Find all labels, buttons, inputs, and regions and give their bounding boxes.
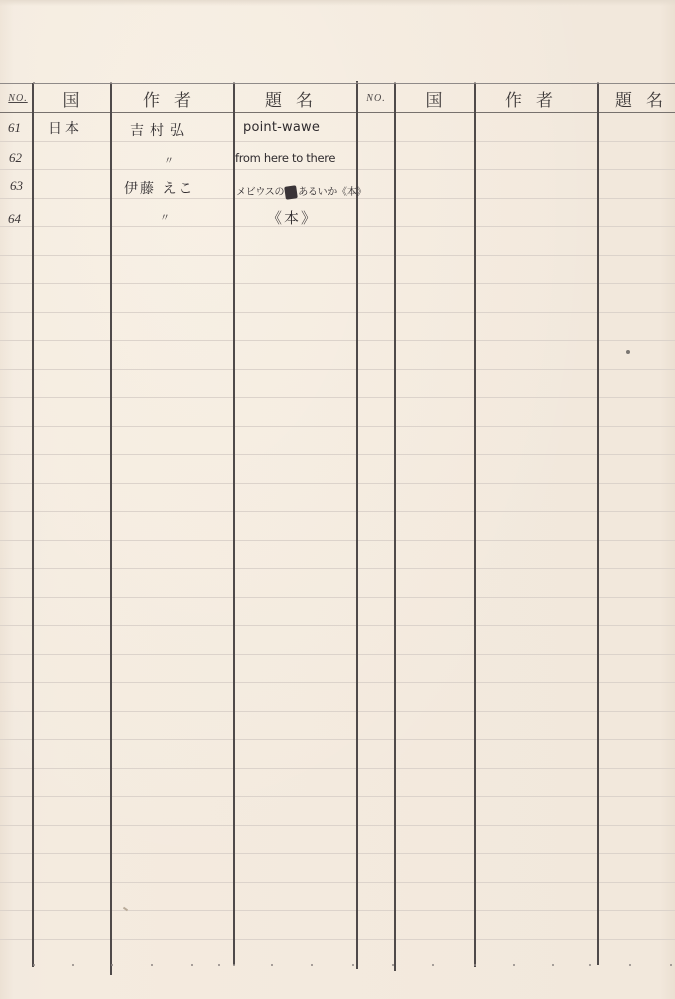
column-divider-title [356, 81, 358, 969]
registration-dot [110, 82, 112, 84]
registration-dot [218, 964, 220, 966]
entry-title: point-wawe [243, 120, 320, 135]
ruled-line [0, 568, 675, 569]
ruled-line [0, 312, 675, 313]
header-top-rule [0, 83, 675, 84]
column-divider-author-right [597, 83, 599, 965]
ruled-line [0, 597, 675, 598]
paper-top-shadow [0, 0, 675, 6]
registration-dot [72, 964, 74, 966]
entry-no: 64 [8, 211, 21, 227]
ruled-line [0, 169, 675, 170]
entry-title-suffix: あるいか《本》 [298, 187, 366, 198]
registration-dot [271, 964, 273, 966]
entry-author: 〃 [164, 152, 174, 167]
column-divider-author [233, 83, 235, 965]
entry-title: from here to there [235, 151, 335, 165]
ruled-line [0, 540, 675, 541]
header-author-right: 作者 [486, 86, 586, 110]
header-title: 題名 [246, 86, 346, 110]
header-no-right: NO. [358, 86, 394, 110]
ruled-line [0, 454, 675, 455]
registration-dot [552, 964, 554, 966]
registration-dot [191, 964, 193, 966]
column-divider-no-right [394, 83, 396, 971]
ruled-line [0, 768, 675, 769]
ruled-line [0, 910, 675, 911]
crossed-out-mark [284, 185, 298, 200]
ruled-line [0, 682, 675, 683]
ruled-line [0, 141, 675, 142]
ruled-line [0, 739, 675, 740]
registration-dot [597, 82, 599, 84]
header-title-right: 題名 [615, 86, 675, 110]
entry-no: 61 [8, 120, 21, 136]
ruled-line [0, 255, 675, 256]
registration-dot [474, 964, 476, 966]
header-country-right: 国 [394, 86, 474, 110]
ruled-line [0, 825, 675, 826]
ruled-line [0, 711, 675, 712]
registration-dot [670, 964, 672, 966]
registration-dot [233, 964, 235, 966]
registration-dot [629, 964, 631, 966]
registration-dot [589, 964, 591, 966]
registration-dot [111, 964, 113, 966]
ruled-line [0, 654, 675, 655]
header-no: NO. [4, 86, 32, 110]
registration-dot [513, 964, 515, 966]
ruled-line [0, 226, 675, 227]
ruled-line [0, 369, 675, 370]
registration-dot [394, 82, 396, 84]
paper-speck [626, 350, 630, 354]
header-country: 国 [32, 86, 110, 110]
registration-dot [151, 964, 153, 966]
entry-title-prefix: メビウスの [236, 187, 284, 198]
column-divider-country [110, 83, 112, 975]
registration-dot [233, 82, 235, 84]
ruled-line [0, 853, 675, 854]
ruled-line [0, 426, 675, 427]
ruled-line [0, 796, 675, 797]
registration-dot [352, 964, 354, 966]
registration-dot [432, 964, 434, 966]
ruled-line [0, 283, 675, 284]
header-author: 作者 [124, 86, 224, 110]
entry-no: 63 [10, 178, 23, 194]
ruled-line [0, 939, 675, 940]
entry-author: 伊藤 えこ [124, 178, 194, 198]
entry-country: 日本 [48, 118, 82, 138]
entry-author: 〃 [160, 209, 170, 224]
registration-dot [33, 964, 35, 966]
registration-dot [392, 964, 394, 966]
registration-dot [33, 82, 35, 84]
ruled-line [0, 625, 675, 626]
ruled-line [0, 882, 675, 883]
ruled-line [0, 340, 675, 341]
registration-dot [311, 964, 313, 966]
entry-author: 吉村弘 [130, 120, 190, 140]
entry-title: メビウスのあるいか《本》 [236, 183, 366, 199]
registration-dot [474, 82, 476, 84]
entry-no: 62 [9, 150, 22, 166]
column-divider-no [32, 83, 34, 967]
column-divider-country-right [474, 83, 476, 967]
registration-dot [356, 82, 358, 84]
ruled-line [0, 397, 675, 398]
entry-title: 《本》 [267, 207, 318, 228]
header-bottom-rule [0, 112, 675, 113]
ruled-line [0, 511, 675, 512]
ledger-page: NO. 国 作者 題名 NO. 国 作者 題名 61 日本 吉村弘 point-… [0, 0, 675, 999]
ruled-line [0, 483, 675, 484]
